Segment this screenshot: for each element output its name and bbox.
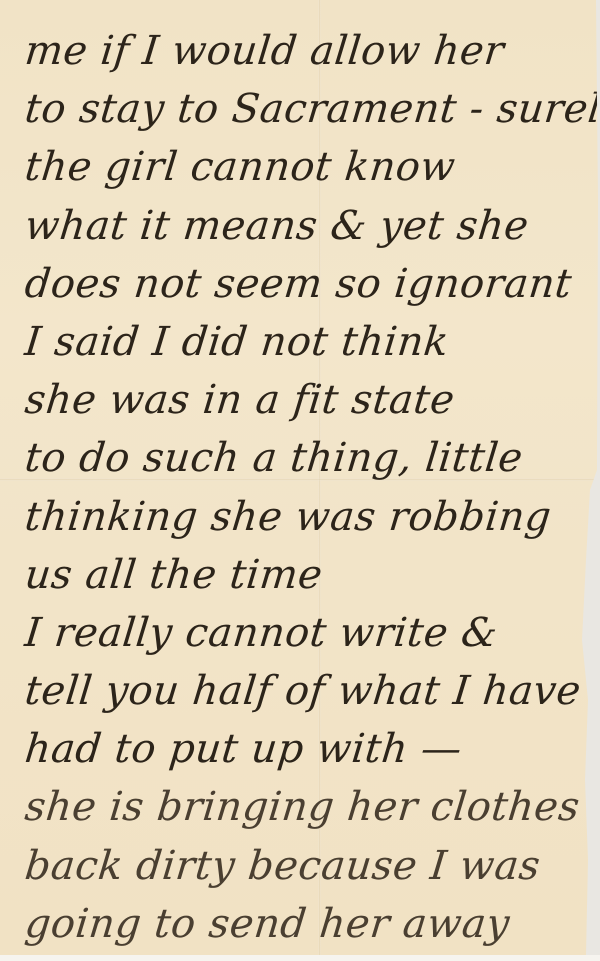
text-line-8: to do such a thing, little	[22, 429, 588, 487]
text-line-14: she is bringing her clothes	[22, 778, 588, 836]
text-line-12: tell you half of what I have	[22, 662, 588, 720]
handwritten-text: me if I would allow her to stay to Sacra…	[22, 22, 582, 953]
text-line-15: back dirty because I was	[22, 837, 588, 895]
text-line-5: does not seem so ignorant	[22, 255, 588, 313]
text-line-16: going to send her away	[22, 895, 588, 953]
text-line-3: the girl cannot know	[22, 138, 588, 196]
text-line-10: us all the time	[22, 546, 588, 604]
text-line-11: I really cannot write &	[22, 604, 588, 662]
letter-page: me if I would allow her to stay to Sacra…	[0, 0, 600, 961]
text-line-6: I said I did not think	[22, 313, 588, 371]
text-line-1: me if I would allow her	[22, 22, 588, 80]
text-line-13: had to put up with —	[22, 720, 588, 778]
scan-background-strip	[0, 955, 600, 961]
paper-sheet: me if I would allow her to stay to Sacra…	[0, 0, 600, 955]
text-line-7: she was in a fit state	[22, 371, 588, 429]
text-line-4: what it means & yet she	[22, 197, 588, 255]
text-line-2: to stay to Sacrament - surely	[22, 80, 588, 138]
text-line-9: thinking she was robbing	[22, 488, 588, 546]
